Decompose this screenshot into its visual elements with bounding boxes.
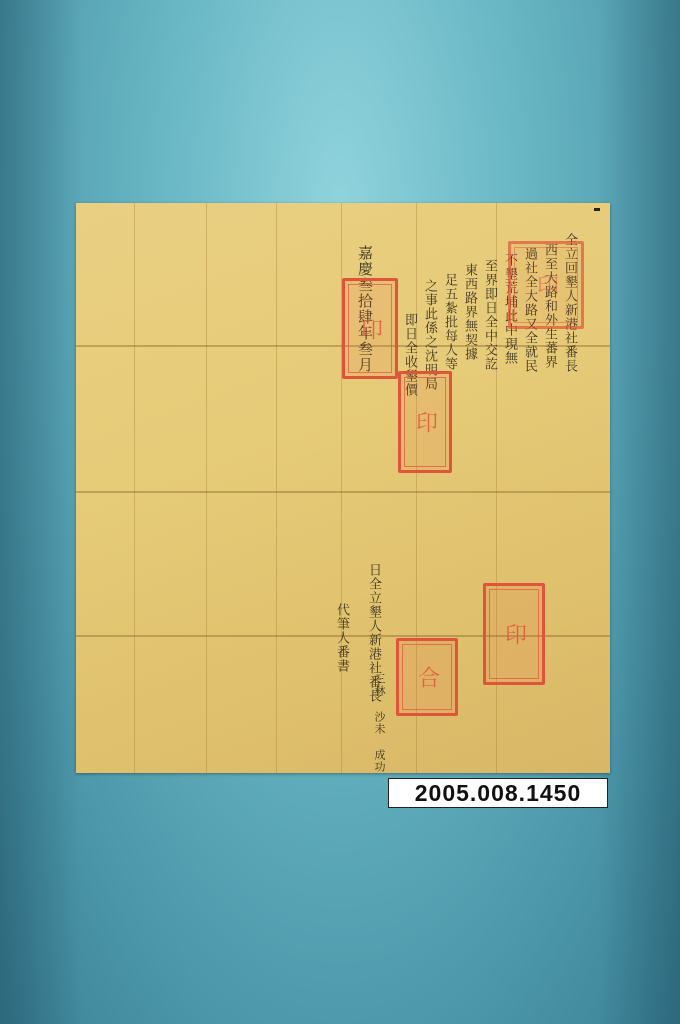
signature-line: 三林 沙未 成功 xyxy=(372,673,386,773)
catalog-number-label: 2005.008.1450 xyxy=(388,778,608,808)
red-seal-stamp: 合 xyxy=(396,638,458,716)
fold-line xyxy=(134,203,135,773)
seal-glyph: 印 xyxy=(486,586,542,682)
fold-line xyxy=(76,491,610,493)
fold-line xyxy=(206,203,207,773)
red-seal-stamp: 印 xyxy=(398,371,452,473)
fold-line xyxy=(276,203,277,773)
ink-mark xyxy=(594,208,600,211)
red-seal-stamp: 印 xyxy=(483,583,545,685)
seal-glyph: 印 xyxy=(511,244,581,326)
body-text-column: 至界即日全中交訖 xyxy=(482,259,496,371)
seal-glyph: 印 xyxy=(345,281,395,376)
body-text-column: 足五紮批每人等 xyxy=(442,273,456,371)
seal-glyph: 合 xyxy=(399,641,455,713)
signature-line: 代筆人番書 xyxy=(334,603,348,673)
red-seal-stamp: 印 xyxy=(508,241,584,329)
deed-document: 全立回墾人新港社番長 西至大路和外生蕃界 過社全大路又全就民 不墾荒埔此中現無 … xyxy=(76,203,610,773)
body-text-column: 東西路界無契據 xyxy=(462,263,476,361)
seal-glyph: 印 xyxy=(401,374,449,470)
red-seal-stamp: 印 xyxy=(342,278,398,379)
